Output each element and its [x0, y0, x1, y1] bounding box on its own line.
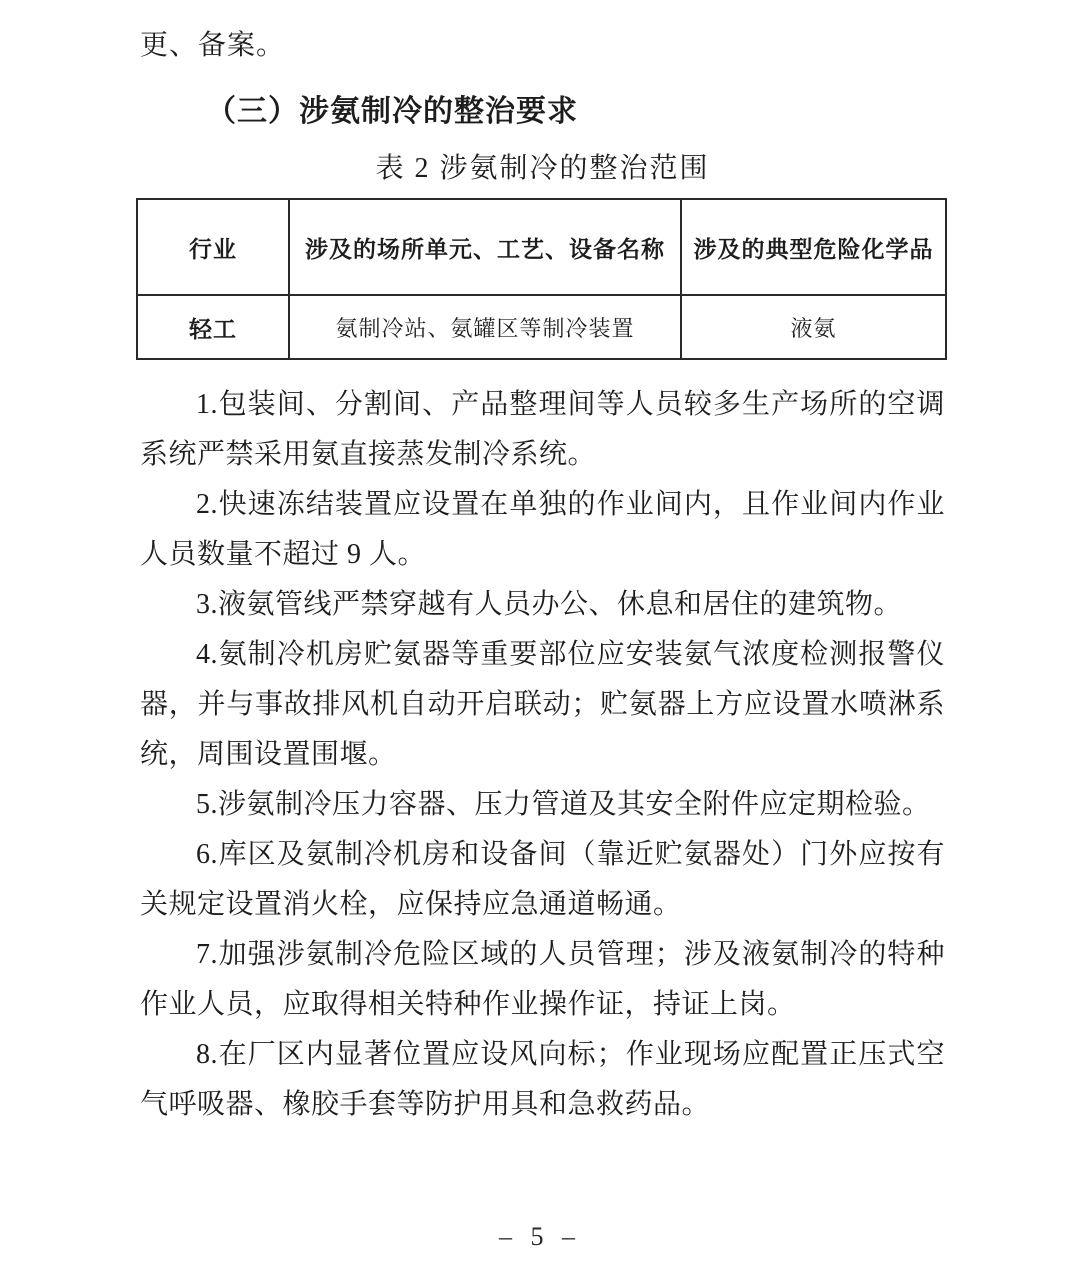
table-header-units: 涉及的场所单元、工艺、设备名称	[289, 199, 681, 295]
table-cell-units: 氨制冷站、氨罐区等制冷装置	[289, 295, 681, 359]
remediation-scope-table: 行业 涉及的场所单元、工艺、设备名称 涉及的典型危险化学品 轻工 氨制冷站、氨罐…	[136, 198, 947, 360]
paragraph-4: 4.氨制冷机房贮氨器等重要部位应安装氨气浓度检测报警仪器，并与事故排风机自动开启…	[140, 630, 945, 780]
paragraph-6: 6.库区及氨制冷机房和设备间（靠近贮氨器处）门外应按有关规定设置消火栓，应保持应…	[140, 830, 945, 930]
document-page: 更、备案。 （三）涉氨制冷的整治要求 表 2 涉氨制冷的整治范围 行业 涉及的场…	[0, 0, 1080, 1273]
page-number: – 5 –	[0, 1222, 1080, 1252]
table-cell-industry: 轻工	[137, 295, 289, 359]
paragraph-1: 1.包装间、分割间、产品整理间等人员较多生产场所的空调系统严禁采用氨直接蒸发制冷…	[140, 380, 945, 480]
paragraph-3: 3.液氨管线严禁穿越有人员办公、休息和居住的建筑物。	[140, 580, 945, 630]
intro-line: 更、备案。	[140, 26, 945, 66]
table-header-industry: 行业	[137, 199, 289, 295]
paragraph-5: 5.涉氨制冷压力容器、压力管道及其安全附件应定期检验。	[140, 780, 945, 830]
table-cell-chemicals: 液氨	[681, 295, 946, 359]
paragraph-2: 2.快速冻结装置应设置在单独的作业间内，且作业间内作业人员数量不超过 9 人。	[140, 480, 945, 580]
table-header-row: 行业 涉及的场所单元、工艺、设备名称 涉及的典型危险化学品	[137, 199, 946, 295]
section-heading: （三）涉氨制冷的整治要求	[140, 86, 945, 130]
paragraph-8: 8.在厂区内显著位置应设风向标；作业现场应配置正压式空气呼吸器、橡胶手套等防护用…	[140, 1030, 945, 1130]
table-header-chemicals: 涉及的典型危险化学品	[681, 199, 946, 295]
body-text: 1.包装间、分割间、产品整理间等人员较多生产场所的空调系统严禁采用氨直接蒸发制冷…	[140, 380, 945, 1130]
paragraph-7: 7.加强涉氨制冷危险区域的人员管理；涉及液氨制冷的特种作业人员，应取得相关特种作…	[140, 930, 945, 1030]
table-row: 轻工 氨制冷站、氨罐区等制冷装置 液氨	[137, 295, 946, 359]
table-caption: 表 2 涉氨制冷的整治范围	[140, 146, 945, 186]
